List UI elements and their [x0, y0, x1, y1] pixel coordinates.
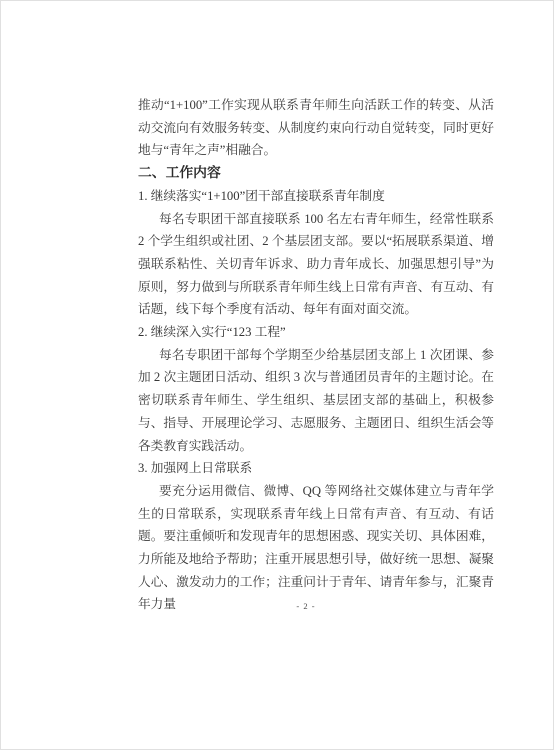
subsection-heading-1: 1. 继续落实“1+100”团干部直接联系青年制度 — [138, 185, 494, 208]
paragraph-1: 每名专职团干部直接联系 100 名左右青年师生，经常性联系 2 个学生组织或社团… — [138, 208, 494, 322]
document-body: 推动“1+100”工作实现从联系青年师生向活跃工作的转变、从活动交流向有效服务转… — [138, 94, 494, 616]
document-page: 推动“1+100”工作实现从联系青年师生向活跃工作的转变、从活动交流向有效服务转… — [0, 0, 554, 750]
paragraph-continued: 推动“1+100”工作实现从联系青年师生向活跃工作的转变、从活动交流向有效服务转… — [138, 94, 494, 162]
section-heading: 二、工作内容 — [138, 162, 494, 185]
subsection-heading-2: 2. 继续深入实行“123 工程” — [138, 321, 494, 344]
subsection-heading-3: 3. 加强网上日常联系 — [138, 457, 494, 480]
paragraph-2: 每名专职团干部每个学期至少给基层团支部上 1 次团课、参加 2 次主题团日活动、… — [138, 344, 494, 458]
page-number: - 2 - — [118, 601, 494, 611]
paragraph-3: 要充分运用微信、微博、QQ 等网络社交媒体建立与青年学生的日常联系，实现联系青年… — [138, 480, 494, 616]
